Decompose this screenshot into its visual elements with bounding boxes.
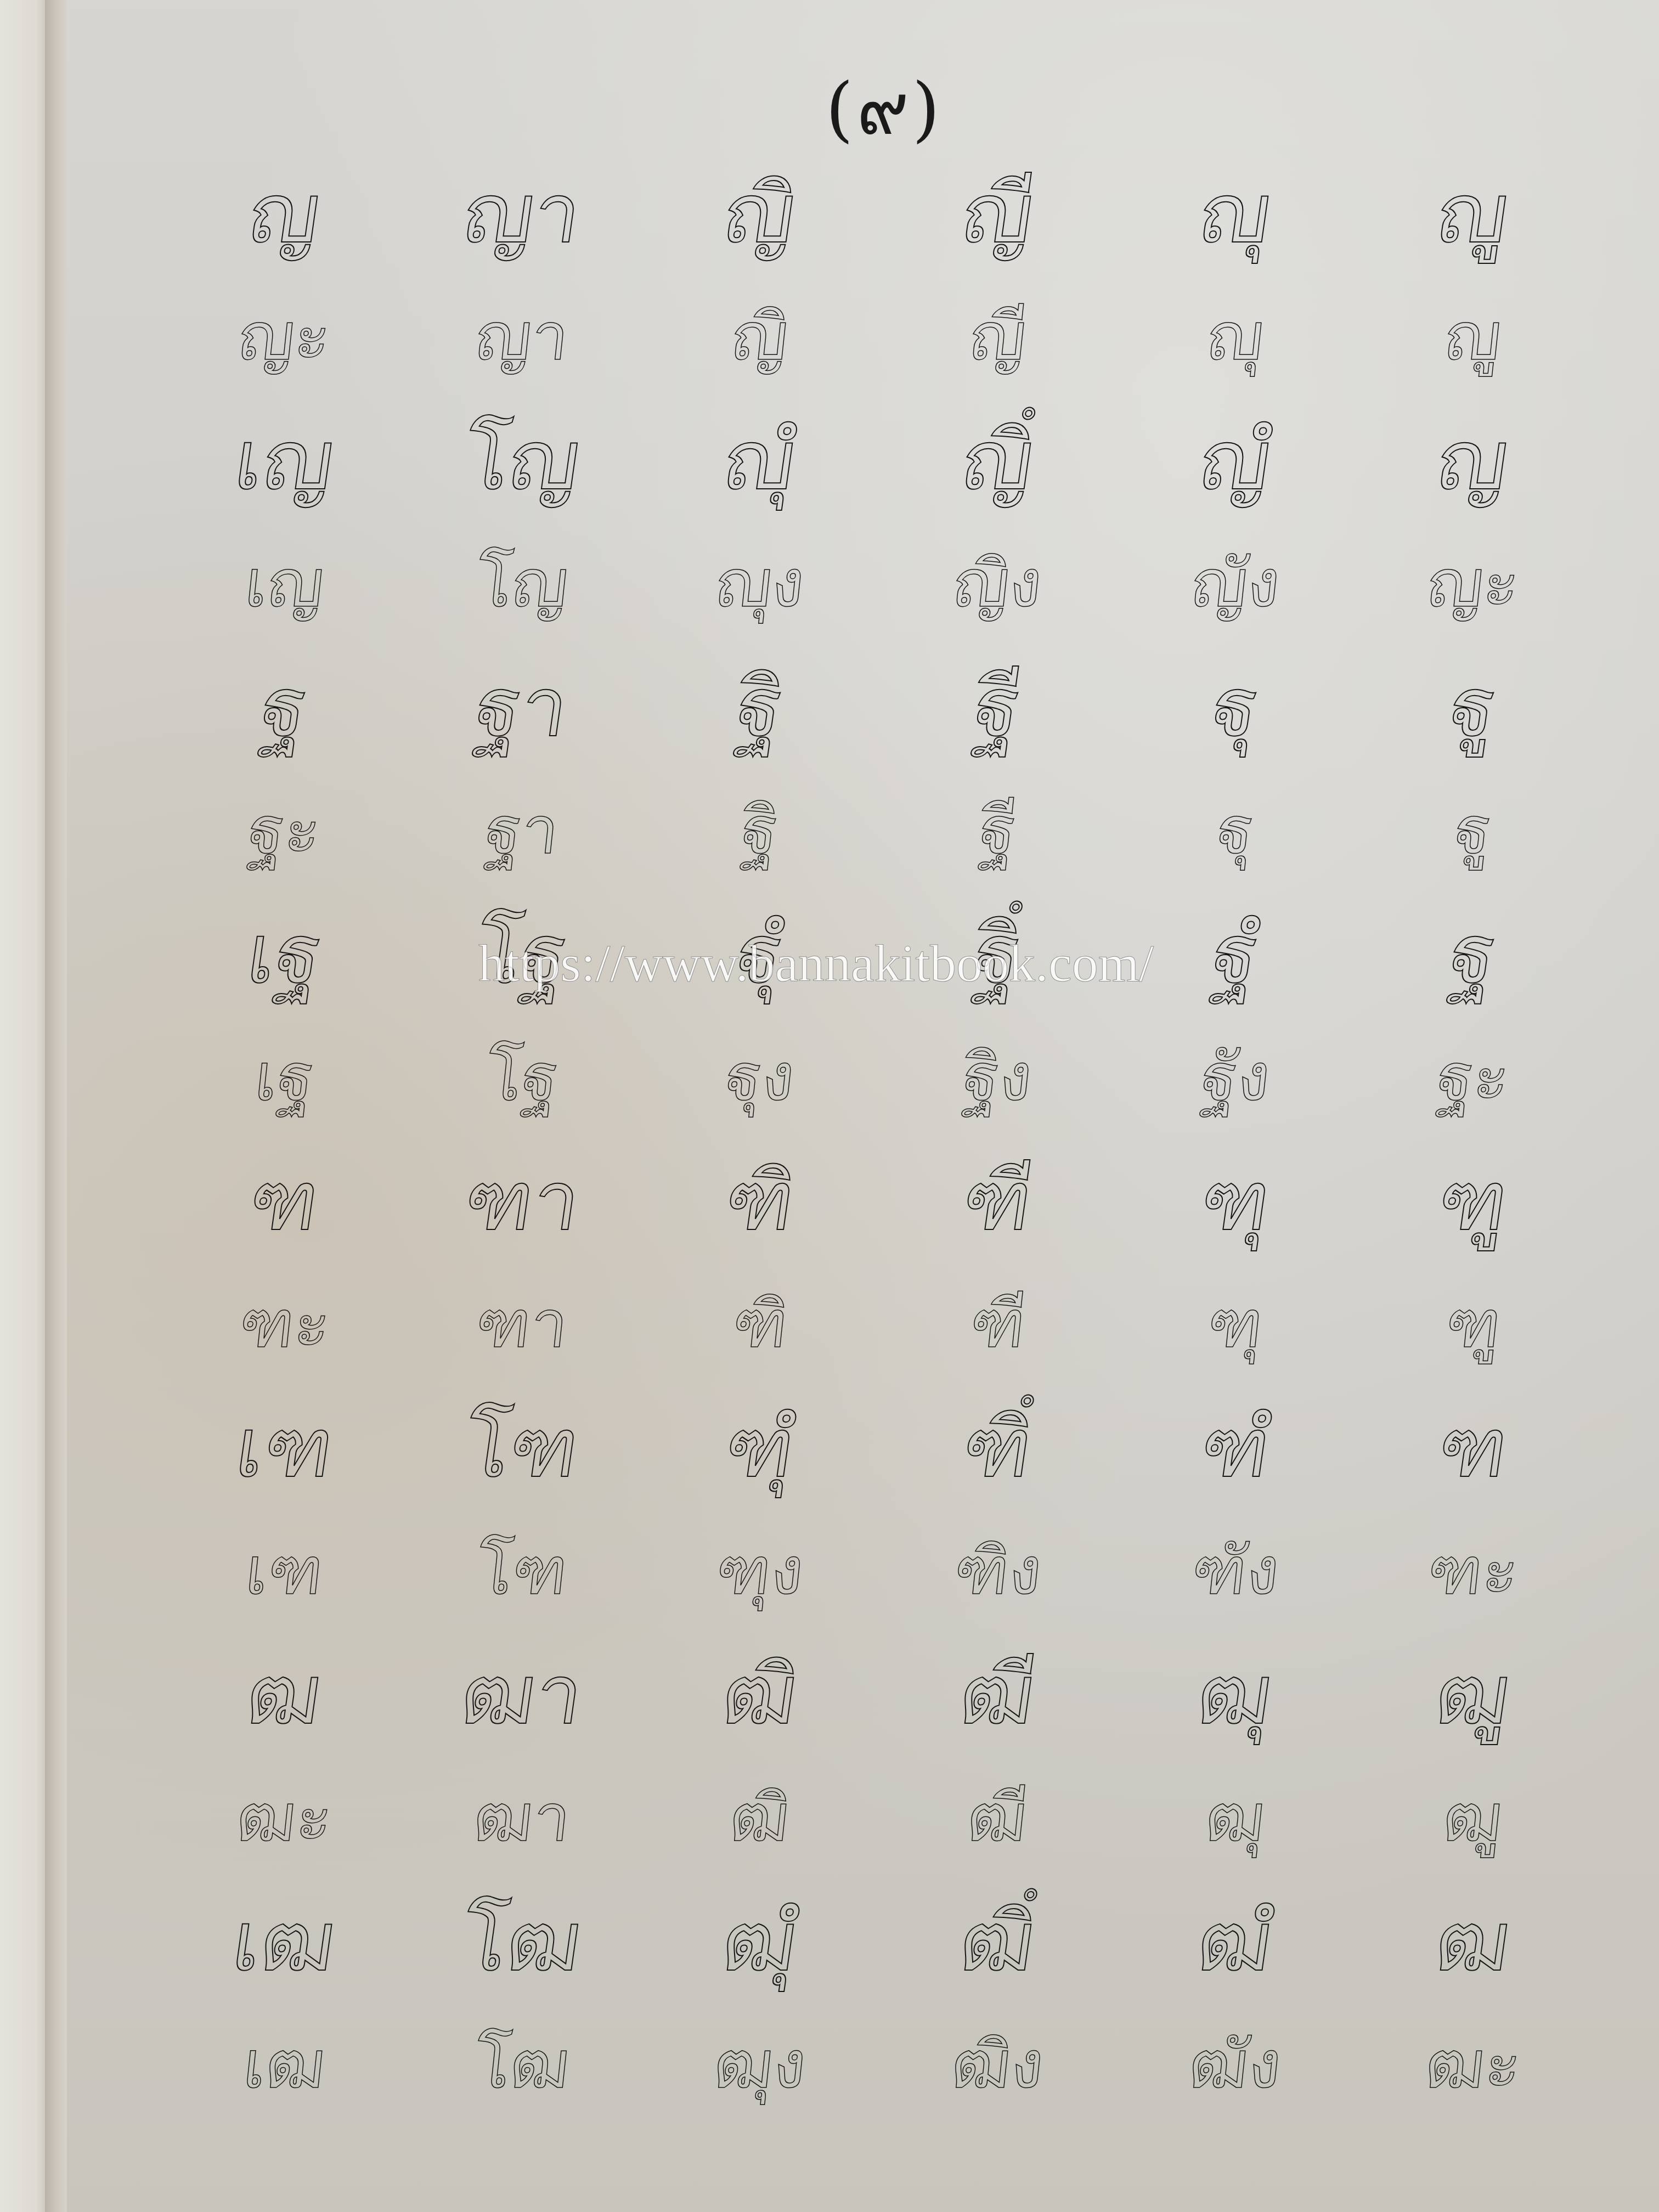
khom-syllable: ญี xyxy=(957,173,1039,255)
thai-transliteration-row: ฑะฑาฑิฑีฑุฑู xyxy=(166,1256,1592,1393)
thai-syllable: ญุ xyxy=(1204,304,1267,370)
thai-syllable: โฑ xyxy=(474,1539,571,1605)
khom-syllable: ฑ xyxy=(1434,1407,1514,1489)
thai-syllable: ฑัง xyxy=(1189,1539,1283,1605)
thai-syllable: ญะ xyxy=(235,304,334,370)
thai-syllable: เญ xyxy=(242,551,328,617)
thai-syllable: ฐะ xyxy=(1434,1045,1513,1111)
thai-syllable: ฐิง xyxy=(960,1045,1035,1111)
thai-syllable: ฐุ xyxy=(1214,798,1257,864)
khom-script-row: ฒฒาฒิฒีฒุฒู xyxy=(166,1640,1592,1750)
thai-transliteration-row: เฐโฐฐุงฐิงฐังฐะ xyxy=(166,1009,1592,1147)
thai-transliteration-row: ฒะฒาฒิฒีฒุฒู xyxy=(166,1750,1592,1887)
thai-syllable: ฐุง xyxy=(723,1045,798,1111)
khom-syllable: ฒิํ xyxy=(955,1901,1041,1983)
thai-syllable: ฑะ xyxy=(236,1292,333,1358)
thai-syllable: ฑา xyxy=(473,1292,572,1358)
khom-syllable: ฐิํ xyxy=(969,913,1026,996)
khom-syllable: ฐุํ xyxy=(731,913,788,996)
khom-syllable: ฐํ xyxy=(1207,913,1264,996)
thai-syllable: ฑี xyxy=(967,1292,1029,1358)
thai-syllable: โฐ xyxy=(483,1045,561,1111)
khom-syllable: ฑิ xyxy=(720,1160,800,1243)
khom-syllable: ฒุ xyxy=(1193,1654,1279,1736)
khom-syllable: ฑุ xyxy=(1195,1160,1276,1243)
thai-syllable: ฐะ xyxy=(245,798,324,864)
thai-transliteration-row: เญโญญุงญิงญังญะ xyxy=(166,516,1592,653)
khom-syllable: ญ xyxy=(1432,420,1514,502)
khom-syllable: ฐ xyxy=(256,667,313,749)
thai-syllable: ฒิ xyxy=(727,1786,793,1852)
thai-syllable: โฒ xyxy=(471,2033,573,2098)
thai-transliteration-row: ฐะฐาฐิฐีฐุฐู xyxy=(166,763,1592,900)
thai-syllable: โญ xyxy=(473,551,571,617)
khom-syllable: ญ xyxy=(244,173,325,255)
thai-syllable: เฒ xyxy=(240,2033,329,2098)
khom-script-row: ฐฐาฐิฐีฐุฐู xyxy=(166,653,1592,763)
khom-syllable: ญุ xyxy=(1195,173,1277,255)
khom-syllable: ฒ xyxy=(1430,1901,1516,1983)
thai-transliteration-row: เฑโฑฑุงฑิงฑังฑะ xyxy=(166,1503,1592,1640)
book-page: (๙) ญญาญิญีญุญูญะญาญิญีญุญูเญโญญุํญิํญํญ… xyxy=(67,0,1659,2212)
thai-syllable: ฐู xyxy=(1452,798,1495,864)
khom-syllable: ฐิ xyxy=(731,667,788,749)
khom-syllable: ฑํ xyxy=(1195,1407,1276,1489)
thai-syllable: ญุง xyxy=(713,551,808,617)
khom-syllable: ฒํ xyxy=(1193,1901,1279,1983)
khom-syllable: เฒ xyxy=(228,1901,342,1983)
thai-syllable: ฐัง xyxy=(1198,1045,1273,1111)
thai-syllable: ฒา xyxy=(471,1786,574,1852)
thai-syllable: ญี xyxy=(966,304,1029,370)
page-number: (๙) xyxy=(802,52,967,165)
khom-syllable: เญ xyxy=(230,420,340,502)
thai-transliteration-row: ญะญาญิญีญุญู xyxy=(166,269,1592,406)
thai-syllable: ญะ xyxy=(1424,551,1522,617)
thai-syllable: ฑะ xyxy=(1425,1539,1522,1605)
khom-syllable: โฑ xyxy=(460,1407,584,1489)
thai-syllable: ฑิ xyxy=(729,1292,791,1358)
khom-syllable: ฑิํ xyxy=(958,1407,1038,1489)
thai-syllable: ฒุง xyxy=(711,2033,810,2098)
khom-syllable: เฑ xyxy=(230,1407,338,1489)
khom-syllable: ฑ xyxy=(245,1160,325,1243)
khom-syllable: ฒี xyxy=(955,1654,1041,1736)
thai-syllable: ฒิง xyxy=(949,2033,1047,2098)
khom-syllable: ญิ xyxy=(719,173,801,255)
thai-syllable: ญา xyxy=(472,304,572,370)
khom-syllable: ฐ xyxy=(1444,913,1502,996)
khom-syllable: ฒู xyxy=(1430,1654,1516,1736)
khom-syllable: ฐี xyxy=(969,667,1026,749)
khom-syllable: ฐา xyxy=(471,667,574,749)
khom-syllable: ญา xyxy=(458,173,586,255)
thai-syllable: ญิง xyxy=(950,551,1045,617)
khom-script-row: ฑฑาฑิฑีฑุฑู xyxy=(166,1147,1592,1256)
khom-script-row: เฐโฐฐุํฐิํฐํฐ xyxy=(166,900,1592,1009)
khom-syllable: โญ xyxy=(459,420,585,502)
thai-syllable: ฑุ xyxy=(1205,1292,1266,1358)
khom-script-row: เฒโฒฒุํฒิํฒํฒ xyxy=(166,1887,1592,1997)
khom-script-row: เญโญญุํญิํญํญ xyxy=(166,406,1592,516)
thai-syllable: ฒุ xyxy=(1202,1786,1268,1852)
thai-syllable: ฒี xyxy=(964,1786,1031,1852)
khom-syllable: ญุํ xyxy=(719,420,801,502)
khom-syllable: ฐู xyxy=(1444,667,1502,749)
khom-syllable: ฒา xyxy=(456,1654,589,1736)
thai-syllable: ฒะ xyxy=(234,1786,335,1852)
khom-script-row: เฑโฑฑุํฑิํฑํฑ xyxy=(166,1393,1592,1503)
thai-transliteration-row: เฒโฒฒุงฒิงฒังฒะ xyxy=(166,1997,1592,2134)
thai-syllable: เฐ xyxy=(252,1045,318,1111)
khom-syllable: ฒ xyxy=(241,1654,328,1736)
khom-syllable: ฒิ xyxy=(717,1654,803,1736)
khom-syllable: ฑี xyxy=(958,1160,1038,1243)
khom-syllable: ญิํ xyxy=(957,420,1039,502)
khom-syllable: ฐุ xyxy=(1207,667,1264,749)
facing-page-edge xyxy=(0,0,45,2212)
thai-syllable: ฒะ xyxy=(1423,2033,1524,2098)
khom-syllable: โฐ xyxy=(472,913,573,996)
syllable-grid: ญญาญิญีญุญูญะญาญิญีญุญูเญโญญุํญิํญํญเญโญ… xyxy=(166,159,1592,2134)
khom-syllable: เฐ xyxy=(242,913,327,996)
thai-syllable: ฒัง xyxy=(1186,2033,1285,2098)
khom-script-row: ญญาญิญีญุญู xyxy=(166,159,1592,269)
thai-syllable: ฐี xyxy=(976,798,1019,864)
book-gutter xyxy=(45,0,67,2212)
thai-syllable: ฑิง xyxy=(951,1539,1045,1605)
khom-syllable: โฒ xyxy=(457,1901,587,1983)
thai-syllable: เฑ xyxy=(242,1539,326,1605)
thai-syllable: ญัง xyxy=(1188,551,1283,617)
khom-syllable: ฑู xyxy=(1434,1160,1514,1243)
thai-syllable: ฑู xyxy=(1442,1292,1504,1358)
thai-syllable: ญู xyxy=(1442,304,1505,370)
khom-syllable: ฑุํ xyxy=(720,1407,800,1489)
khom-syllable: ฒุํ xyxy=(717,1901,803,1983)
thai-syllable: ฐิ xyxy=(738,798,782,864)
thai-syllable: ฑุง xyxy=(713,1539,807,1605)
thai-syllable: ฐา xyxy=(482,798,562,864)
khom-syllable: ฑา xyxy=(459,1160,585,1243)
khom-syllable: ญู xyxy=(1432,173,1514,255)
thai-syllable: ญิ xyxy=(729,304,792,370)
khom-syllable: ญํ xyxy=(1195,420,1277,502)
thai-syllable: ฒู xyxy=(1440,1786,1506,1852)
